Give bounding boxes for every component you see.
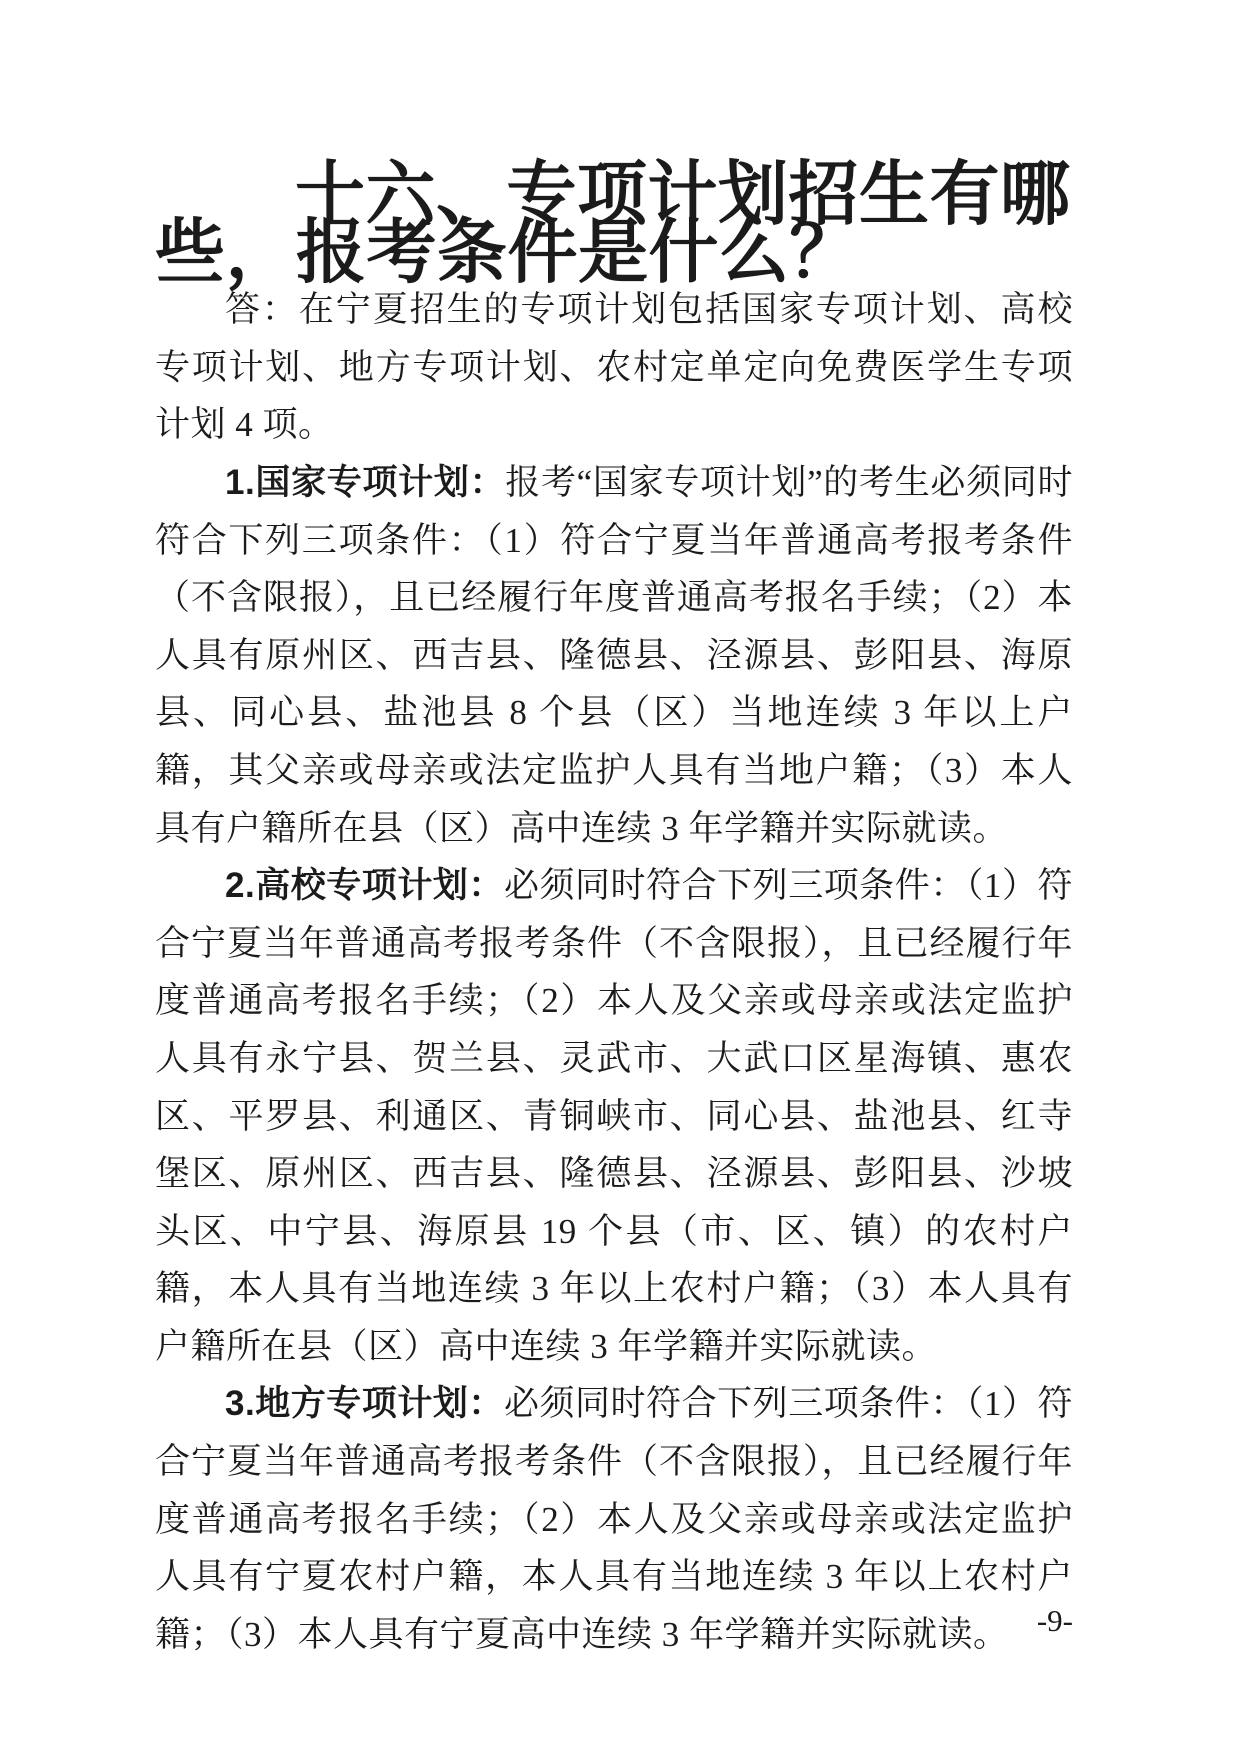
- paragraph-lead: 2.高校专项计划：: [225, 866, 504, 905]
- paragraph: 2.高校专项计划：必须同时符合下列三项条件：（1）符合宁夏当年普通高考报考条件（…: [155, 857, 1073, 1375]
- document-page: 十六、专项计划招生有哪些，报考条件是什么？ 答：在宁夏招生的专项计划包括国家专项…: [0, 0, 1240, 1754]
- paragraph-lead: 3.地方专项计划：: [225, 1384, 504, 1423]
- paragraph-text: 报考“国家专项计划”的考生必须同时符合下列三项条件：（1）符合宁夏当年普通高考报…: [155, 463, 1073, 848]
- paragraph: 1.国家专项计划：报考“国家专项计划”的考生必须同时符合下列三项条件：（1）符合…: [155, 454, 1073, 857]
- paragraph-lead: 1.国家专项计划：: [225, 463, 505, 502]
- paragraph: 3.地方专项计划：必须同时符合下列三项条件：（1）符合宁夏当年普通高考报考条件（…: [155, 1375, 1073, 1663]
- section-heading: 十六、专项计划招生有哪些，报考条件是什么？: [155, 166, 1073, 281]
- paragraph-text: 答：在宁夏招生的专项计划包括国家专项计划、高校专项计划、地方专项计划、农村定单定…: [155, 290, 1073, 444]
- page-number: -9-: [1037, 1603, 1073, 1639]
- paragraph-text: 必须同时符合下列三项条件：（1）符合宁夏当年普通高考报考条件（不含限报），且已经…: [155, 1384, 1073, 1653]
- document-body: 十六、专项计划招生有哪些，报考条件是什么？ 答：在宁夏招生的专项计划包括国家专项…: [155, 166, 1073, 1663]
- paragraph-text: 必须同时符合下列三项条件：（1）符合宁夏当年普通高考报考条件（不含限报），且已经…: [155, 866, 1073, 1366]
- paragraph: 答：在宁夏招生的专项计划包括国家专项计划、高校专项计划、地方专项计划、农村定单定…: [155, 281, 1073, 454]
